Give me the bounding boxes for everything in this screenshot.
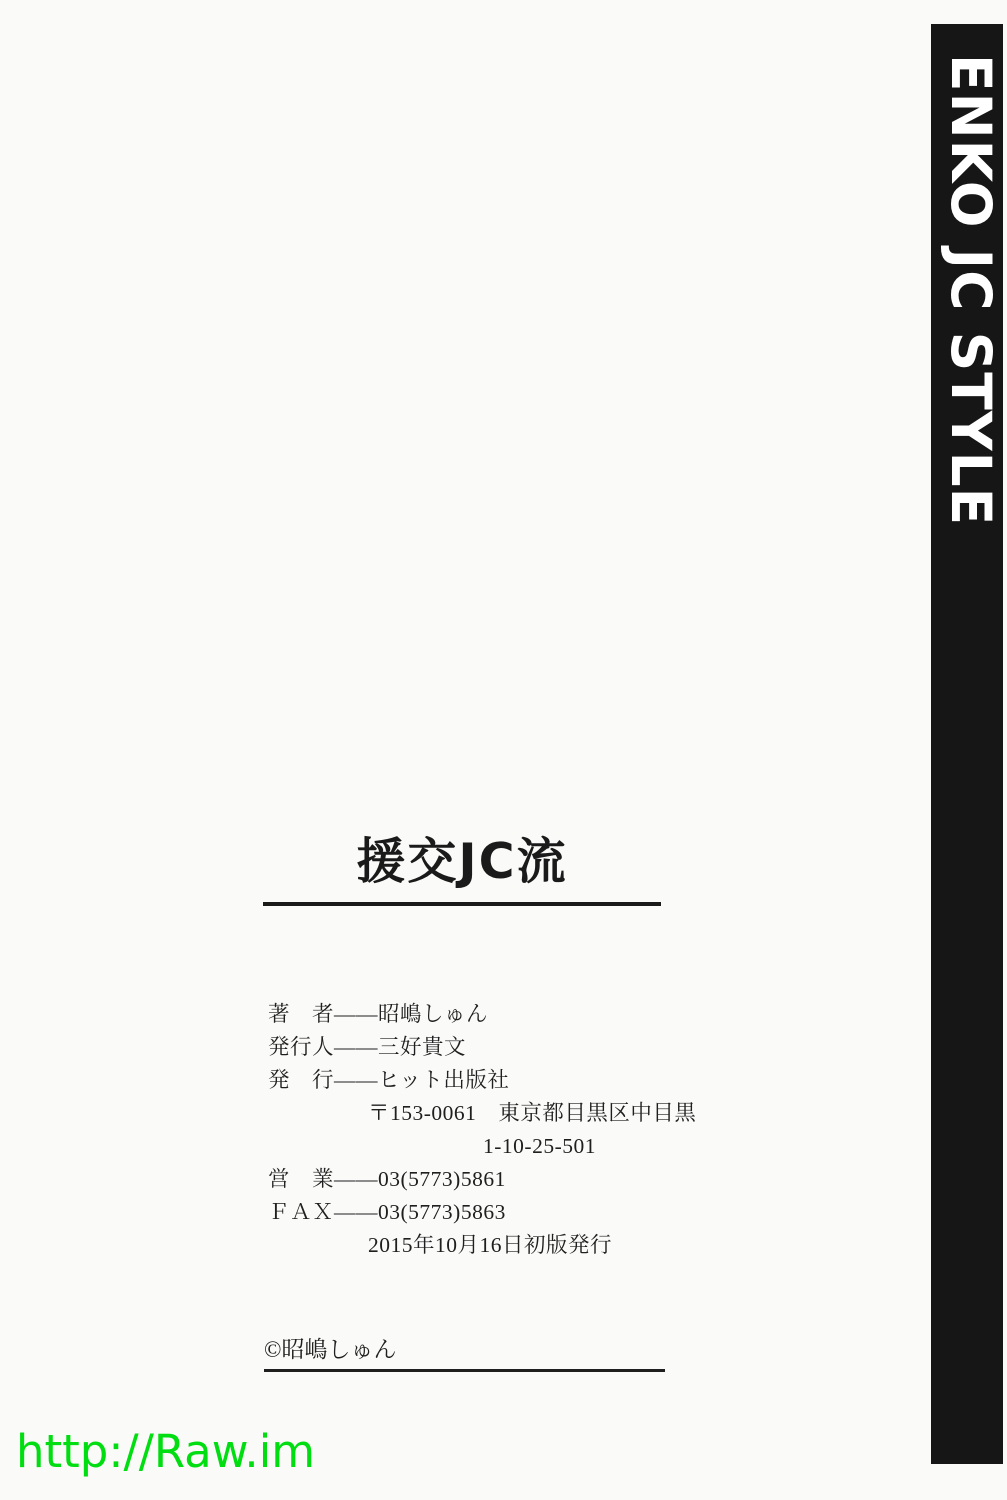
copyright-text: ©昭嶋しゅん <box>264 1336 665 1364</box>
address-row2: 1-10-25-501 <box>268 1130 868 1163</box>
edition-date-row: 2015年10月16日初版発行 <box>268 1229 868 1262</box>
book-spine-bar: ENKO JC STYLE <box>931 24 1003 1464</box>
address-row: 〒153-0061 東京都目黒区中目黒 <box>268 1097 868 1130</box>
spine-title: ENKO JC STYLE <box>931 54 1003 1494</box>
publisher-person-row: 発行人——三好貴文 <box>268 1031 868 1064</box>
book-title: 援交JC流 <box>263 836 661 888</box>
copyright-block: ©昭嶋しゅん <box>264 1336 665 1372</box>
watermark-url: http://Raw.im <box>16 1428 315 1476</box>
sales-phone-row: 営 業——03(5773)5861 <box>268 1163 868 1196</box>
author-row: 著 者——昭嶋しゅん <box>268 998 868 1031</box>
publication-info: 著 者——昭嶋しゅん 発行人——三好貴文 発 行——ヒット出版社 〒153-00… <box>268 998 868 1262</box>
title-block: 援交JC流 <box>263 836 661 906</box>
colophon-page: ENKO JC STYLE 援交JC流 著 者——昭嶋しゅん 発行人——三好貴文… <box>0 0 1007 1500</box>
fax-row: ＦＡＸ——03(5773)5863 <box>268 1196 868 1229</box>
publisher-row: 発 行——ヒット出版社 <box>268 1064 868 1097</box>
